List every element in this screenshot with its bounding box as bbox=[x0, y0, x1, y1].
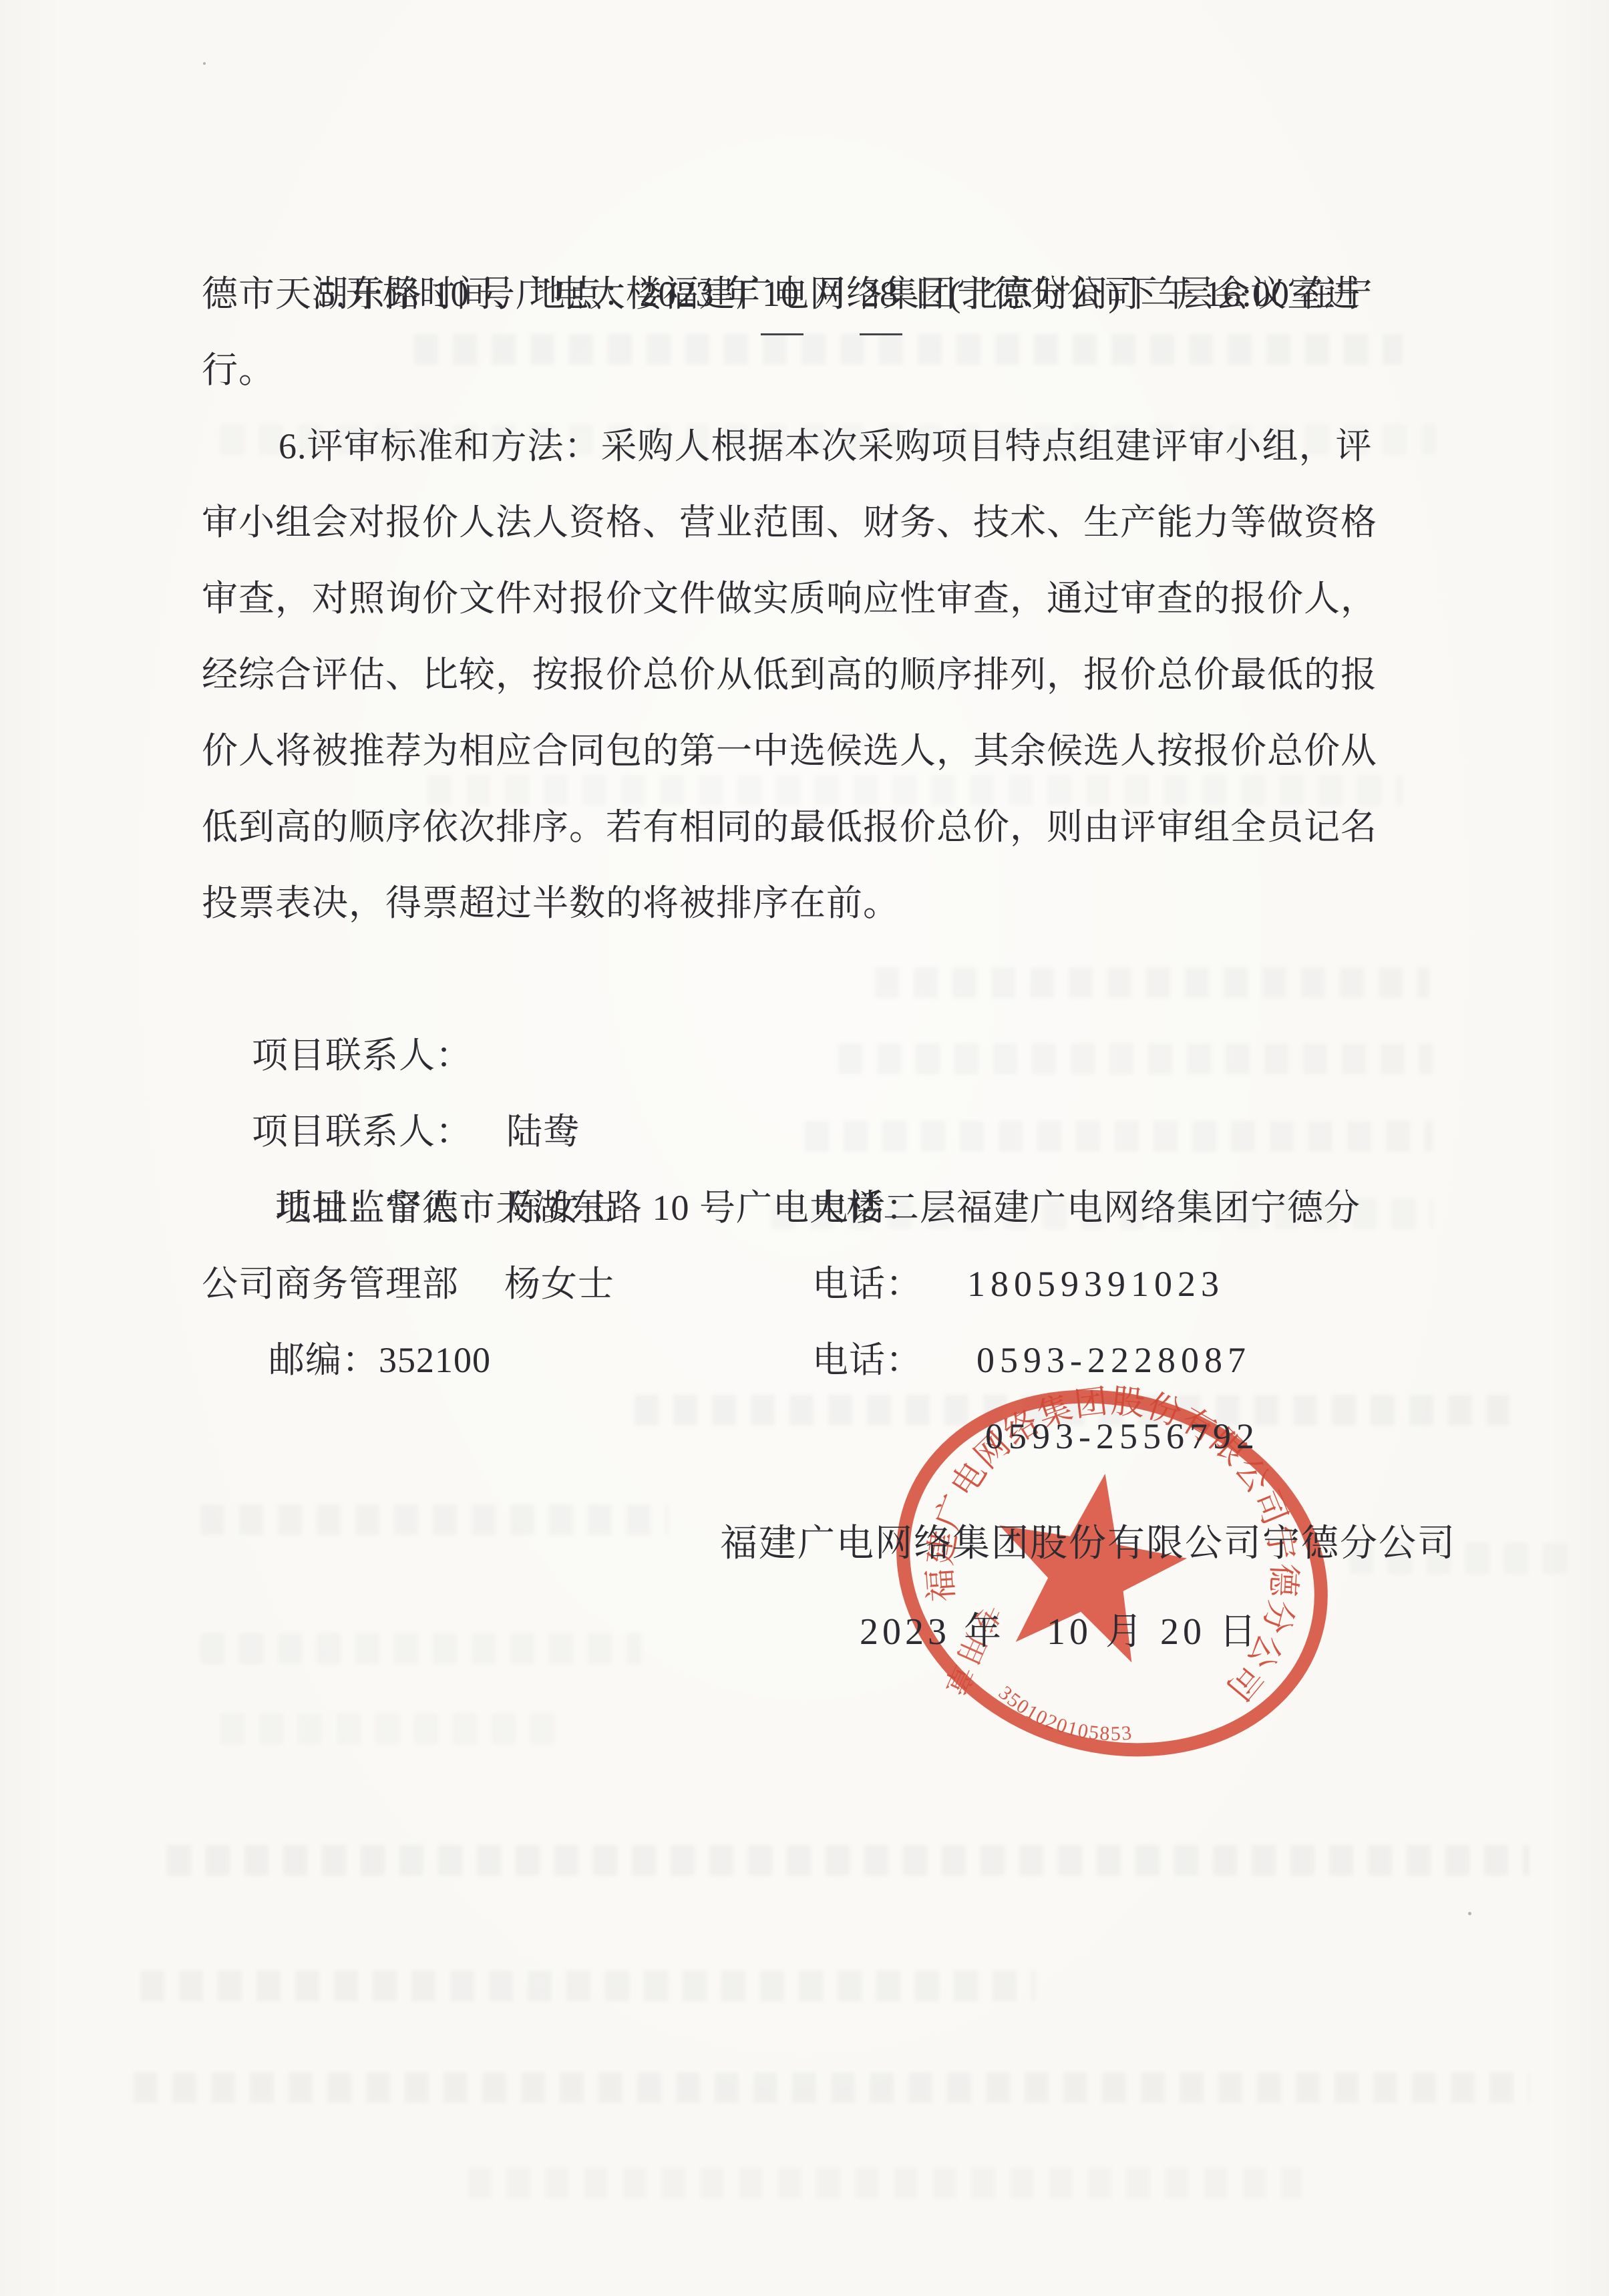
bleedthrough-artifact bbox=[200, 1504, 668, 1535]
contact-name: 杨女士 bbox=[504, 1246, 614, 1322]
phone-number: 0593-2556792 bbox=[985, 1398, 1260, 1474]
paper-speck bbox=[1468, 1912, 1471, 1915]
address-line2: 公司商务管理部 bbox=[202, 1246, 459, 1322]
para6-line4: 经综合评估、比较，按报价总价从低到高的顺序排列，报价总价最低的报 bbox=[202, 637, 1377, 713]
phone-number: 18059391023 bbox=[967, 1246, 1224, 1322]
phone-label: 电话： bbox=[812, 1246, 922, 1322]
para6-line7: 投票表决，得票超过半数的将被排序在前。 bbox=[202, 865, 900, 941]
bleedthrough-artifact bbox=[414, 334, 1403, 365]
postal-code-line: 邮编：352100 bbox=[269, 1322, 491, 1398]
bleedthrough-artifact bbox=[468, 2168, 1302, 2198]
para6-line3: 审查，对照询价文件对报价文件做实质响应性审查，通过审查的报价人， bbox=[202, 560, 1377, 637]
para5-line1: 5.开标时间、地点：2023 年10 月 28 日(北京时间)下午 16:00 … bbox=[279, 180, 1373, 256]
phone-label: 电话： bbox=[812, 1322, 922, 1398]
para6-line6: 低到高的顺序依次排序。若有相同的最低报价总价，则由评审组全员记名 bbox=[202, 789, 1377, 865]
scanned-document-page: 5.开标时间、地点：2023 年10 月 28 日(北京时间)下午 16:00 … bbox=[0, 0, 1609, 2296]
bleedthrough-artifact bbox=[140, 1971, 1035, 2001]
para6-line2: 审小组会对报价人法人资格、营业范围、财务、技术、生产能力等做资格 bbox=[202, 484, 1377, 560]
bleedthrough-artifact bbox=[167, 1845, 1530, 1876]
contact-row: 项目监督人： 杨女士 电话： 0593-2556792 bbox=[0, 1094, 1609, 1170]
phone-number: 0593-2228087 bbox=[976, 1322, 1251, 1398]
para6-line1: 6.评审标准和方法：采购人根据本次采购项目特点组建评审小组，评 bbox=[279, 408, 1373, 484]
para5-line2: 德市天湖东路 10 号广电大楼福建广电网络集团宁德分公司二层会议室进 bbox=[202, 256, 1361, 332]
contact-row: 项目联系人： 陆鸯 电话： 18059391023 bbox=[0, 941, 1609, 1017]
contact-row: 项目联系人： 陈女士 电话： 0593-2228087 bbox=[0, 1017, 1609, 1094]
para6-line5: 价人将被推荐为相应合同包的第一中选候选人，其余候选人按报价总价从 bbox=[202, 713, 1377, 789]
paper-speck bbox=[203, 62, 206, 65]
bleedthrough-artifact bbox=[220, 1713, 568, 1744]
para5-line3: 行。 bbox=[202, 332, 275, 408]
issue-date: 2023 年 10 月 20 日 bbox=[860, 1594, 1260, 1670]
bleedthrough-artifact bbox=[134, 2072, 1530, 2103]
issuer-company-name: 福建广电网络集团股份有限公司宁德分公司 bbox=[720, 1506, 1456, 1582]
bleedthrough-artifact bbox=[200, 1633, 641, 1664]
address-line1: 地址：宁德市天湖东路 10 号广电大楼二层福建广电网络集团宁德分 bbox=[275, 1170, 1361, 1246]
